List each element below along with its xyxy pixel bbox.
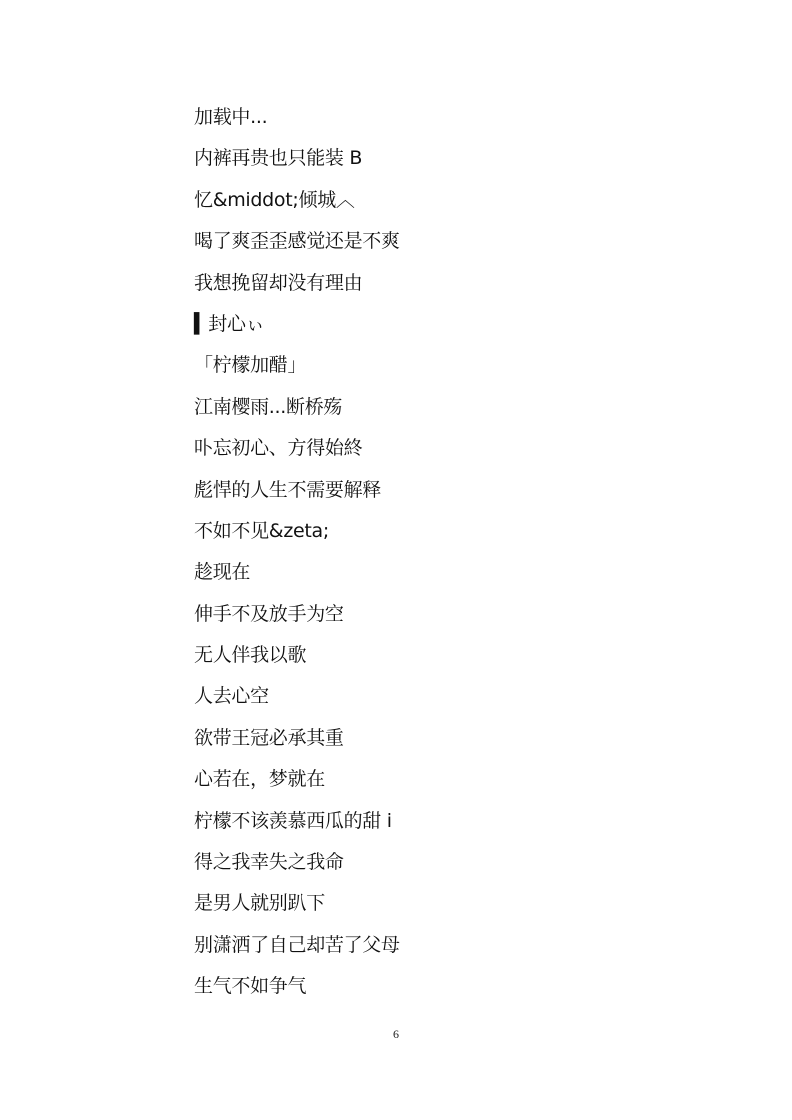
text-line: 无人伴我以歌: [194, 642, 400, 683]
text-line: 是男人就别趴下: [194, 890, 400, 931]
text-line: 伸手不及放手为空: [194, 601, 400, 642]
text-line: 趁现在: [194, 559, 400, 600]
text-line: 加载中...: [194, 104, 400, 145]
text-line: 「柠檬加醋」: [194, 352, 400, 393]
text-line: ▍封心ぃ: [194, 311, 400, 352]
page-number: 6: [0, 1027, 792, 1042]
text-line: 内裤再贵也只能装 B: [194, 145, 400, 186]
text-line: 忆&middot;倾城︿: [194, 187, 400, 228]
text-line: 生气不如争气: [194, 973, 400, 1014]
text-line: 得之我幸失之我命: [194, 849, 400, 890]
text-line: 我想挽留却没有理由: [194, 270, 400, 311]
text-line: 人去心空: [194, 683, 400, 724]
document-page: 加载中... 内裤再贵也只能装 B 忆&middot;倾城︿ 喝了爽歪歪感觉还是…: [0, 0, 792, 1120]
text-line: 彪悍的人生不需要解释: [194, 477, 400, 518]
text-line: 心若在，梦就在: [194, 766, 400, 807]
text-line: 欲带王冠必承其重: [194, 725, 400, 766]
text-line: 喝了爽歪歪感觉还是不爽: [194, 228, 400, 269]
text-line: 别潇洒了自己却苦了父母: [194, 932, 400, 973]
text-line: 柠檬不该羡慕西瓜的甜 i: [194, 808, 400, 849]
text-line: 江南樱雨...断桥殇: [194, 394, 400, 435]
text-line: 不如不见&zeta;: [194, 518, 400, 559]
text-lines: 加载中... 内裤再贵也只能装 B 忆&middot;倾城︿ 喝了爽歪歪感觉还是…: [194, 104, 400, 1015]
text-line: 卟忘初心、方得始終: [194, 435, 400, 476]
